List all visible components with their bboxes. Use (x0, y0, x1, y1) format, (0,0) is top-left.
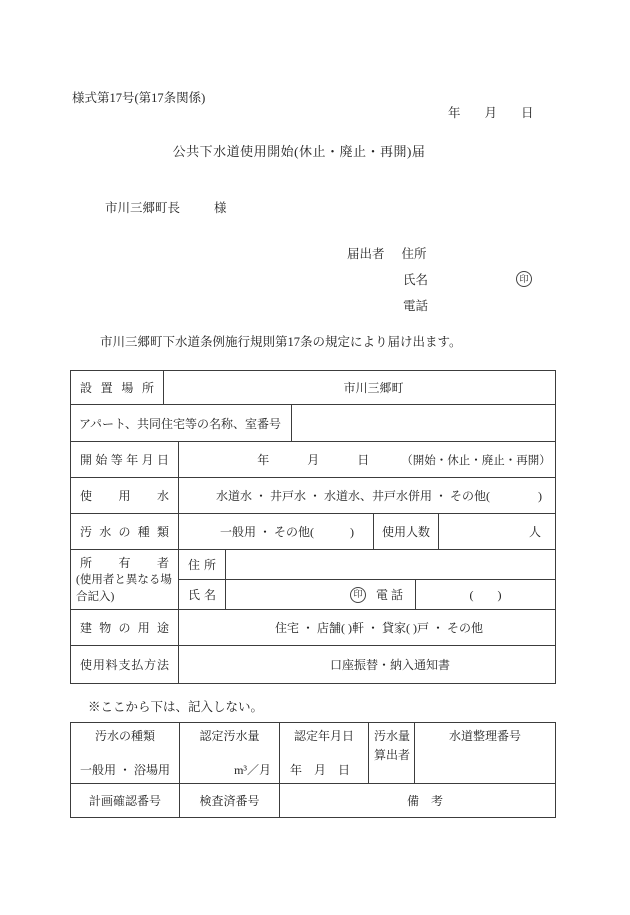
apartment-row: アパート、共同住宅等の名称、室番号 (71, 404, 555, 441)
approved-volume-unit: m³／月 (180, 761, 279, 778)
date-year-label: 年 (448, 103, 461, 121)
addressee: 市川三郷町長 (105, 198, 180, 216)
water-label: 使用水 (71, 478, 178, 513)
owner-label-cell: 所有者 (使用者と異なる場合記入) (71, 550, 178, 609)
start-date-modes: （開始・休止・廃止・再開） (401, 452, 551, 468)
start-date-month: 月 (307, 451, 319, 468)
location-label: 設置場所 (71, 371, 163, 404)
owner-address-field[interactable] (225, 550, 555, 579)
owner-seal-icon: 印 (350, 587, 366, 603)
approved-volume-label: 認定汚水量 (180, 727, 279, 744)
apartment-value-field[interactable] (291, 405, 555, 441)
payment-row: 使用料支払方法 口座振替・納入通知書 (71, 645, 555, 683)
location-value: 市川三郷町 (163, 371, 555, 404)
payment-label: 使用料支払方法 (71, 646, 178, 683)
page-title: 公共下水道使用開始(休止・廃止・再開)届 (0, 141, 614, 160)
declarant-address-line: 届出者 住所 (347, 240, 428, 266)
staff-table: 汚水の種類 一般用 ・ 浴場用 認定汚水量 m³／月 認定年月日 年 月 日 汚… (70, 722, 556, 818)
owner-label: 所有者 (71, 554, 178, 571)
owner-address-subrow: 住所 (179, 550, 555, 579)
water-row: 使用水 水道水 ・ 井戸水 ・ 水道水、井戸水併用 ・ その他( ) (71, 477, 555, 513)
declarant-phone-line: 電話 (347, 292, 428, 318)
declarant-address-label: 住所 (402, 244, 427, 262)
building-row: 建物の用途 住宅 ・ 店舗( )軒 ・ 貸家( )戸 ・ その他 (71, 609, 555, 645)
start-date-field[interactable]: 年 月 日 （開始・休止・廃止・再開） (178, 442, 555, 477)
start-date-label: 開始等年月日 (71, 442, 178, 477)
owner-seal-character: 印 (353, 590, 362, 599)
approved-date-label: 認定年月日 (280, 727, 368, 744)
owner-name-subrow: 氏名 印 電 話 ( ) (179, 579, 555, 609)
start-date-row: 開始等年月日 年 月 日 （開始・休止・廃止・再開） (71, 441, 555, 477)
owner-detail-cells: 住所 氏名 印 電 話 ( ) (178, 550, 555, 609)
location-row: 設置場所 市川三郷町 (71, 371, 555, 404)
start-date-year: 年 (257, 451, 269, 468)
honorific: 様 (214, 198, 227, 216)
building-options: 住宅 ・ 店舗( )軒 ・ 貸家( )戸 ・ その他 (178, 610, 555, 645)
staff-only-note: ※ここから下は、記入しない。 (88, 697, 263, 715)
declarant-block: 届出者 住所 氏名 電話 印 (347, 240, 428, 318)
staff-row-1: 汚水の種類 一般用 ・ 浴場用 認定汚水量 m³／月 認定年月日 年 月 日 汚… (71, 723, 555, 783)
date-day-label: 日 (521, 103, 534, 121)
approved-volume-cell: 認定汚水量 m³／月 (179, 723, 279, 783)
addressee-line: 市川三郷町長 様 (105, 198, 227, 216)
building-label: 建物の用途 (71, 610, 178, 645)
date-line: 年 月 日 (448, 103, 534, 121)
declarant-label: 届出者 (347, 244, 385, 262)
payment-options: 口座振替・納入通知書 (178, 646, 555, 683)
start-date-day: 日 (357, 451, 369, 468)
sewage-options: 一般用 ・ その他( ) (178, 514, 373, 549)
staff-row-2: 計画確認番号 検査済番号 備 考 (71, 783, 555, 817)
declarant-phone-label: 電話 (403, 296, 428, 314)
date-month-label: 月 (485, 103, 498, 121)
staff-sewage-type-value: 一般用 ・ 浴場用 (71, 761, 179, 778)
water-options: 水道水 ・ 井戸水 ・ 水道水、井戸水併用 ・ その他( ) (178, 478, 555, 513)
sewage-row: 汚水の種類 一般用 ・ その他( ) 使用人数 人 (71, 513, 555, 549)
water-number-cell: 水道整理番号 (414, 723, 555, 783)
seal-character: 印 (519, 275, 528, 284)
user-count-field[interactable]: 人 (438, 514, 555, 549)
declarant-name-label: 氏名 (403, 270, 428, 288)
staff-sewage-type-label: 汚水の種類 (71, 727, 179, 744)
owner-name-field[interactable]: 印 電 話 (225, 580, 415, 609)
seal-icon: 印 (516, 271, 532, 287)
statement: 市川三郷町下水道条例施行規則第17条の規定により届け出ます。 (100, 332, 462, 350)
owner-address-label: 住所 (179, 550, 225, 579)
calculator-label: 汚水量算出者 (368, 723, 414, 783)
applicant-table: 設置場所 市川三郷町 アパート、共同住宅等の名称、室番号 開始等年月日 年 月 … (70, 370, 556, 684)
owner-phone-label: 電 話 (376, 586, 403, 603)
user-count-unit: 人 (529, 523, 541, 540)
owner-note: (使用者と異なる場合記入) (71, 571, 178, 605)
inspection-number-label: 検査済番号 (179, 784, 279, 817)
sewage-label: 汚水の種類 (71, 514, 178, 549)
owner-phone-field[interactable]: ( ) (415, 580, 555, 609)
declarant-name-line: 氏名 (347, 266, 428, 292)
remarks-label: 備 考 (279, 784, 555, 817)
form-page: 様式第17号(第17条関係) 年 月 日 公共下水道使用開始(休止・廃止・再開)… (0, 0, 630, 915)
plan-number-label: 計画確認番号 (71, 784, 179, 817)
owner-name-label: 氏名 (179, 580, 225, 609)
form-number: 様式第17号(第17条関係) (72, 88, 205, 106)
owner-row: 所有者 (使用者と異なる場合記入) 住所 氏名 印 電 話 ( ) (71, 549, 555, 609)
water-number-label: 水道整理番号 (415, 727, 555, 744)
staff-sewage-type-cell: 汚水の種類 一般用 ・ 浴場用 (71, 723, 179, 783)
apartment-label: アパート、共同住宅等の名称、室番号 (71, 405, 291, 441)
approved-date-cell: 認定年月日 年 月 日 (279, 723, 368, 783)
user-count-label: 使用人数 (373, 514, 438, 549)
approved-date-value: 年 月 日 (280, 761, 368, 778)
